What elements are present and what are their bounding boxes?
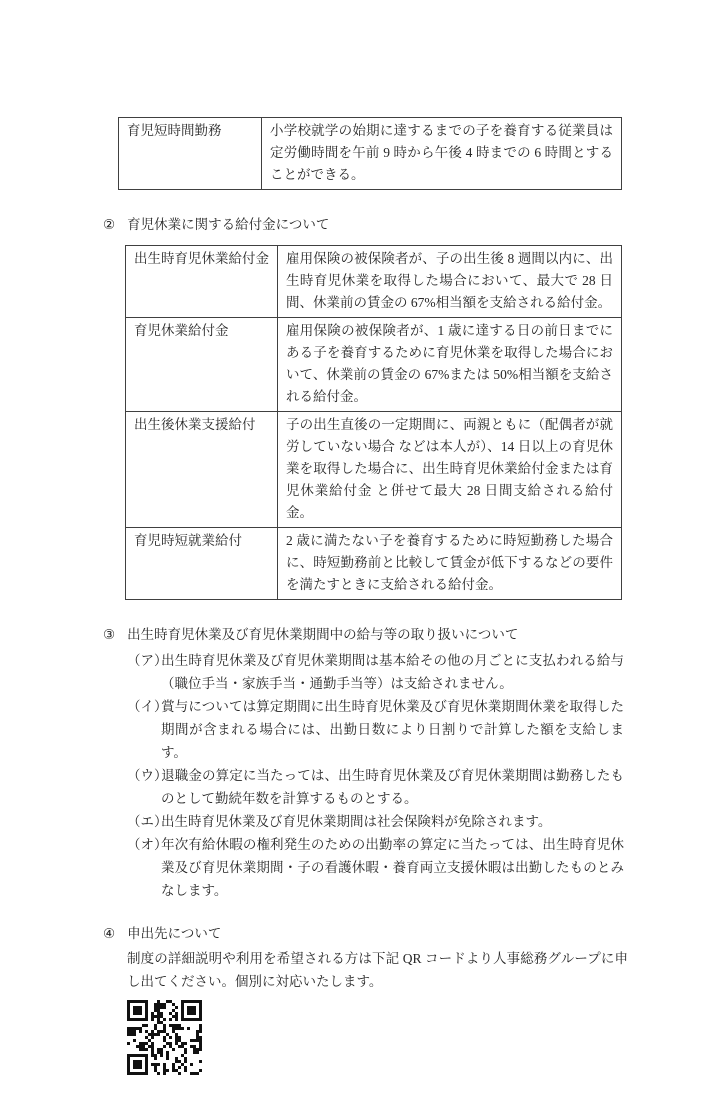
table-row: 育児短時間勤務 小学校就学の始期に達するまでの子を養育する従業員は定労働時間を午… bbox=[119, 118, 622, 190]
item-text: 年次有給休暇の権利発生のための出勤率の算定に当たっては、出生時育児休業及び育児休… bbox=[161, 837, 624, 898]
item-marker: （エ） bbox=[127, 810, 161, 833]
section-number: ④ bbox=[103, 922, 115, 945]
section-number: ③ bbox=[103, 623, 115, 646]
row-label: 育児時短就業給付 bbox=[126, 528, 278, 600]
item-marker: （イ） bbox=[127, 695, 161, 718]
row-text: 小学校就学の始期に達するまでの子を養育する従業員は定労働時間を午前 9 時から午… bbox=[262, 118, 622, 190]
table-row: 育児時短就業給付 2 歳に満たない子を養育するために時短勤務した場合に、時短勤務… bbox=[126, 528, 622, 600]
row-text: 雇用保険の被保険者が、子の出生後 8 週間以内に、出生時育児休業を取得した場合に… bbox=[278, 246, 622, 318]
list-item: （ア）出生時育児休業及び育児休業期間は基本給その他の月ごとに支払われる給与（職位… bbox=[127, 649, 624, 695]
section-title: 育児休業に関する給付金について bbox=[127, 217, 329, 232]
row-label: 出生後休業支援給付 bbox=[126, 412, 278, 528]
grants-table: 出生時育児休業給付金 雇用保険の被保険者が、子の出生後 8 週間以内に、出生時育… bbox=[125, 245, 622, 600]
section-title: 出生時育児休業及び育児休業期間中の給与等の取り扱いについて bbox=[127, 627, 518, 642]
item-text: 賞与については算定期間に出生時育児休業及び育児休業期間休業を取得した期間が含まれ… bbox=[161, 699, 624, 760]
contact-body-text: 制度の詳細説明や利用を希望される方は下記 QR コードより人事総務グループに申し… bbox=[127, 947, 628, 993]
row-label: 育児休業給付金 bbox=[126, 318, 278, 412]
item-text: 出生時育児休業及び育児休業期間は基本給その他の月ごとに支払われる給与（職位手当・… bbox=[161, 653, 624, 691]
section-contact-heading: ④申出先について bbox=[103, 922, 624, 945]
qr-code bbox=[127, 1000, 202, 1075]
item-text: 退職金の算定に当たっては、出生時育児休業及び育児休業期間は勤務したものとして勤続… bbox=[161, 768, 624, 806]
item-text: 出生時育児休業及び育児休業期間は社会保険料が免除されます。 bbox=[161, 814, 551, 829]
row-label: 育児短時間勤務 bbox=[119, 118, 262, 190]
item-marker: （ウ） bbox=[127, 764, 161, 787]
list-item: （イ）賞与については算定期間に出生時育児休業及び育児休業期間休業を取得した期間が… bbox=[127, 695, 624, 764]
row-text: 雇用保険の被保険者が、1 歳に達する日の前日までにある子を養育するために育児休業… bbox=[278, 318, 622, 412]
section-pay-heading: ③出生時育児休業及び育児休業期間中の給与等の取り扱いについて bbox=[103, 623, 624, 646]
table-row: 育児休業給付金 雇用保険の被保険者が、1 歳に達する日の前日までにある子を養育す… bbox=[126, 318, 622, 412]
item-marker: （オ） bbox=[127, 833, 161, 856]
section-grants-heading: ②育児休業に関する給付金について bbox=[103, 213, 624, 236]
pay-handling-list: （ア）出生時育児休業及び育児休業期間は基本給その他の月ごとに支払われる給与（職位… bbox=[127, 649, 624, 902]
list-item: （エ）出生時育児休業及び育児休業期間は社会保険料が免除されます。 bbox=[127, 810, 624, 833]
table-row: 出生後休業支援給付 子の出生直後の一定期間に、両親ともに（配偶者が就労していない… bbox=[126, 412, 622, 528]
list-item: （ウ）退職金の算定に当たっては、出生時育児休業及び育児休業期間は勤務したものとし… bbox=[127, 764, 624, 810]
table-row: 出生時育児休業給付金 雇用保険の被保険者が、子の出生後 8 週間以内に、出生時育… bbox=[126, 246, 622, 318]
document-page: 育児短時間勤務 小学校就学の始期に達するまでの子を養育する従業員は定労働時間を午… bbox=[0, 0, 724, 1115]
row-text: 2 歳に満たない子を養育するために時短勤務した場合に、時短勤務前と比較して賃金が… bbox=[278, 528, 622, 600]
row-label: 出生時育児休業給付金 bbox=[126, 246, 278, 318]
section-number: ② bbox=[103, 213, 115, 236]
list-item: （オ）年次有給休暇の権利発生のための出勤率の算定に当たっては、出生時育児休業及び… bbox=[127, 833, 624, 902]
short-hours-table: 育児短時間勤務 小学校就学の始期に達するまでの子を養育する従業員は定労働時間を午… bbox=[118, 117, 622, 190]
row-text: 子の出生直後の一定期間に、両親ともに（配偶者が就労していない場合 などは本人が）… bbox=[278, 412, 622, 528]
item-marker: （ア） bbox=[127, 649, 161, 672]
section-title: 申出先について bbox=[127, 926, 221, 941]
